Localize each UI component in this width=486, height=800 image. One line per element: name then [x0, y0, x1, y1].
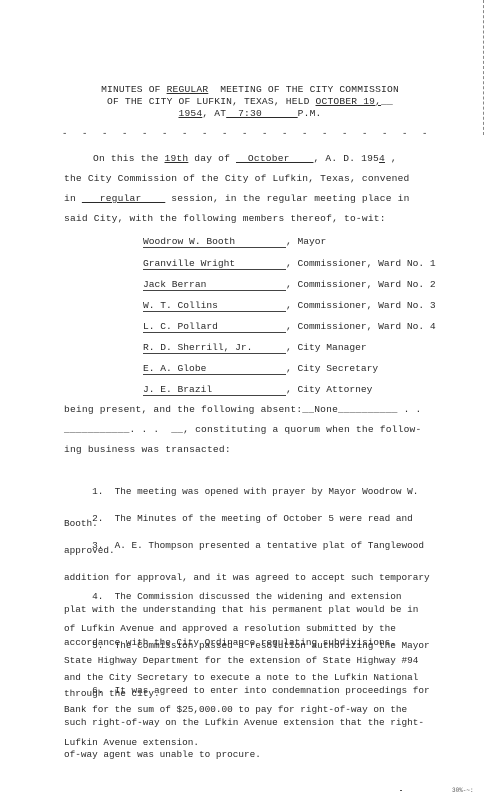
member-name: Woodrow W. Booth: [143, 236, 286, 248]
member-title: , City Secretary: [286, 363, 378, 374]
scan-speck: [400, 790, 402, 791]
opening-text: ,: [385, 153, 397, 164]
member-name: E. A. Globe: [143, 363, 286, 375]
title-text: MEETING OF THE CITY COMMISSION: [208, 84, 399, 95]
quorum-line-2: ___________. . . __, constituting a quor…: [64, 424, 421, 436]
item-line: of-way agent was unable to procure.: [64, 750, 464, 761]
member-title: , Mayor: [286, 236, 326, 247]
item-line: 3. A. E. Thompson presented a tentative …: [64, 541, 464, 552]
member-title: , Commissioner, Ward No. 2: [286, 279, 436, 290]
title-text: MINUTES OF: [101, 84, 167, 95]
opening-text: day of: [188, 153, 236, 164]
blank-line: ___________. . . __: [64, 424, 183, 435]
member-title: , Commissioner, Ward No. 3: [286, 300, 436, 311]
minutes-item-6: 6. It was agreed to enter into condemnat…: [64, 664, 464, 783]
member-name: Jack Berran: [143, 279, 286, 291]
meeting-time: 7:30: [226, 108, 298, 119]
member-title: , Commissioner, Ward No. 4: [286, 321, 436, 332]
opening-line-4: said City, with the following members th…: [64, 213, 386, 225]
member-title: , City Attorney: [286, 384, 372, 395]
session-type: regular: [82, 193, 165, 204]
member-title: , Commissioner, Ward No. 1: [286, 258, 436, 269]
item-line: such right-of-way on the Lufkin Avenue e…: [64, 718, 464, 729]
member-name: L. C. Pollard: [143, 321, 286, 333]
separator-line: - - - - - - - - - - - - - - - - - - - - …: [62, 129, 442, 139]
member-name: R. D. Sherrill, Jr.: [143, 342, 286, 354]
member-name: J. E. Brazil: [143, 384, 286, 396]
item-line: 6. It was agreed to enter into condemnat…: [64, 686, 464, 697]
minutes-title-line-2: OF THE CITY OF LUFKIN, TEXAS, HELD OCTOB…: [60, 96, 440, 108]
quorum-text: being present, and the following absent:: [64, 404, 302, 415]
member-name: W. T. Collins: [143, 300, 286, 312]
member-name: Granville Wright: [143, 258, 286, 270]
minutes-title-line-1: MINUTES OF REGULAR MEETING OF THE CITY C…: [60, 84, 440, 96]
meeting-month: October: [236, 153, 313, 164]
page-footer-mark: 30%-~:: [452, 787, 474, 794]
opening-line-3: in regular session, in the regular meeti…: [64, 193, 410, 205]
item-line: 4. The Commission discussed the widening…: [64, 592, 464, 603]
title-text: OF THE CITY OF LUFKIN, TEXAS, HELD: [107, 96, 316, 107]
meeting-date: OCTOBER 19,: [316, 96, 382, 107]
opening-text: session, in the regular meeting place in: [165, 193, 409, 204]
quorum-text: , constituting a quorum when the follow-: [183, 424, 421, 435]
opening-line-1: On this the 19th day of October , A. D. …: [93, 153, 397, 165]
opening-text: On this the: [93, 153, 165, 164]
item-line: 5. The Commission passed a resolution au…: [64, 641, 464, 652]
opening-text: , A. D. 195: [313, 153, 379, 164]
minutes-title-line-3: 1954, AT 7:30 P.M.: [60, 108, 440, 120]
meridiem: P.M.: [298, 108, 322, 119]
scan-edge-mark: [483, 0, 485, 135]
absent-members: __None__________ . .: [302, 404, 421, 415]
meeting-type: REGULAR: [167, 84, 209, 95]
document-page: MINUTES OF REGULAR MEETING OF THE CITY C…: [0, 0, 486, 800]
opening-line-2: the City Commission of the City of Lufki…: [64, 173, 410, 185]
member-title: , City Manager: [286, 342, 367, 353]
meeting-year: 1954: [178, 108, 202, 119]
meeting-day: 19th: [165, 153, 189, 164]
opening-text: in: [64, 193, 82, 204]
title-text: , AT: [202, 108, 226, 119]
quorum-line-3: ing business was transacted:: [64, 444, 231, 456]
quorum-line-1: being present, and the following absent:…: [64, 404, 421, 416]
